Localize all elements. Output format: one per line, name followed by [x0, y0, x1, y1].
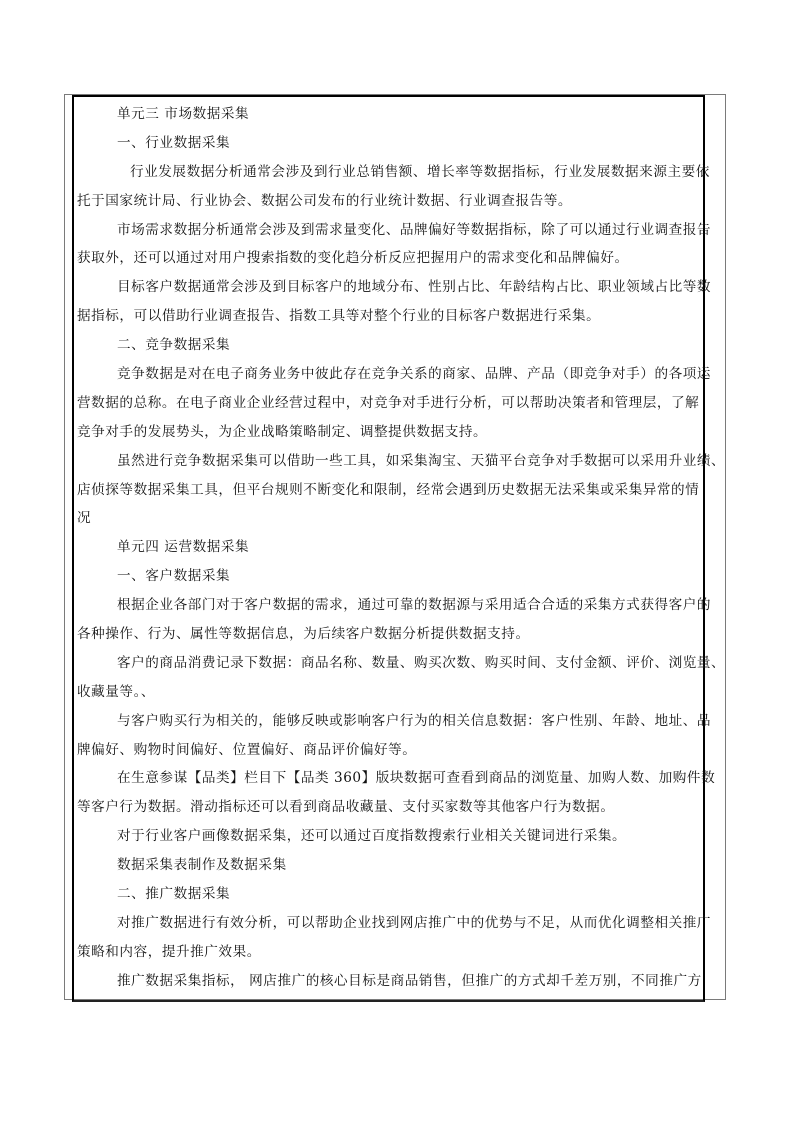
unit-heading: 单元四 运营数据采集	[77, 533, 703, 562]
text-line: 对于行业客户画像数据采集，还可以通过百度指数搜索行业相关关键词进行采集。	[77, 822, 703, 851]
text-line: 获取外，还可以通过对用户搜索指数的变化趋分析反应把握用户的需求变化和品牌偏好。	[77, 244, 703, 273]
section-heading: 二、竞争数据采集	[77, 331, 703, 360]
text-line: 行业发展数据分析通常会涉及到行业总销售额、增长率等数据指标，行业发展数据来源主要…	[77, 158, 703, 187]
subsection-heading: 数据采集表制作及数据采集	[77, 851, 703, 880]
text-line: 况	[77, 504, 703, 533]
text-line: 市场需求数据分析通常会涉及到需求量变化、品牌偏好等数据指标，除了可以通过行业调查…	[77, 216, 703, 245]
section-heading: 二、推广数据采集	[77, 880, 703, 909]
text-line: 牌偏好、购物时间偏好、位置偏好、商品评价偏好等。	[77, 736, 703, 765]
text-line: 据指标，可以借助行业调查报告、指数工具等对整个行业的目标客户数据进行采集。	[77, 302, 703, 331]
text-line: 营数据的总称。在电子商业企业经营过程中，对竞争对手进行分析，可以帮助决策者和管理…	[77, 389, 703, 418]
text-line: 客户的商品消费记录下数据：商品名称、数量、购买次数、购买时间、支付金额、评价、浏…	[77, 649, 703, 678]
text-line: 策略和内容，提升推广效果。	[77, 938, 703, 967]
section-heading: 一、客户数据采集	[77, 562, 703, 591]
text-line: 店侦探等数据采集工具，但平台规则不断变化和限制，经常会遇到历史数据无法采集或采集…	[77, 476, 703, 505]
text-line: 等客户行为数据。滑动指标还可以看到商品收藏量、支付买家数等其他客户行为数据。	[77, 793, 703, 822]
section-heading: 一、行业数据采集	[77, 129, 703, 158]
text-line: 在生意参谋【品类】栏目下【品类 360】版块数据可查看到商品的浏览量、加购人数、…	[77, 764, 703, 793]
text-line: 目标客户数据通常会涉及到目标客户的地域分布、性别占比、年龄结构占比、职业领域占比…	[77, 273, 703, 302]
text-line: 对推广数据进行有效分析，可以帮助企业找到网店推广中的优势与不足，从而优化调整相关…	[77, 909, 703, 938]
text-line: 竞争对手的发展势头，为企业战略策略制定、调整提供数据支持。	[77, 418, 703, 447]
unit-heading: 单元三 市场数据采集	[77, 100, 703, 129]
text-line: 收藏量等。、	[77, 678, 703, 707]
text-line: 虽然进行竞争数据采集可以借助一些工具，如采集淘宝、天猫平台竞争对手数据可以采用升…	[77, 447, 703, 476]
text-line: 推广数据采集指标， 网店推广的核心目标是商品销售，但推广的方式却千差万别，不同推…	[77, 967, 703, 996]
document-body: 单元三 市场数据采集一、行业数据采集行业发展数据分析通常会涉及到行业总销售额、增…	[77, 100, 703, 996]
text-line: 各种操作、行为、属性等数据信息，为后续客户数据分析提供数据支持。	[77, 620, 703, 649]
text-line: 与客户购买行为相关的，能够反映或影响客户行为的相关信息数据：客户性别、年龄、地址…	[77, 707, 703, 736]
text-line: 托于国家统计局、行业协会、数据公司发布的行业统计数据、行业调查报告等。	[77, 187, 703, 216]
text-line: 竞争数据是对在电子商务业务中彼此存在竞争关系的商家、品牌、产品（即竞争对手）的各…	[77, 360, 703, 389]
text-line: 根据企业各部门对于客户数据的需求，通过可靠的数据源与采用适合合适的采集方式获得客…	[77, 591, 703, 620]
